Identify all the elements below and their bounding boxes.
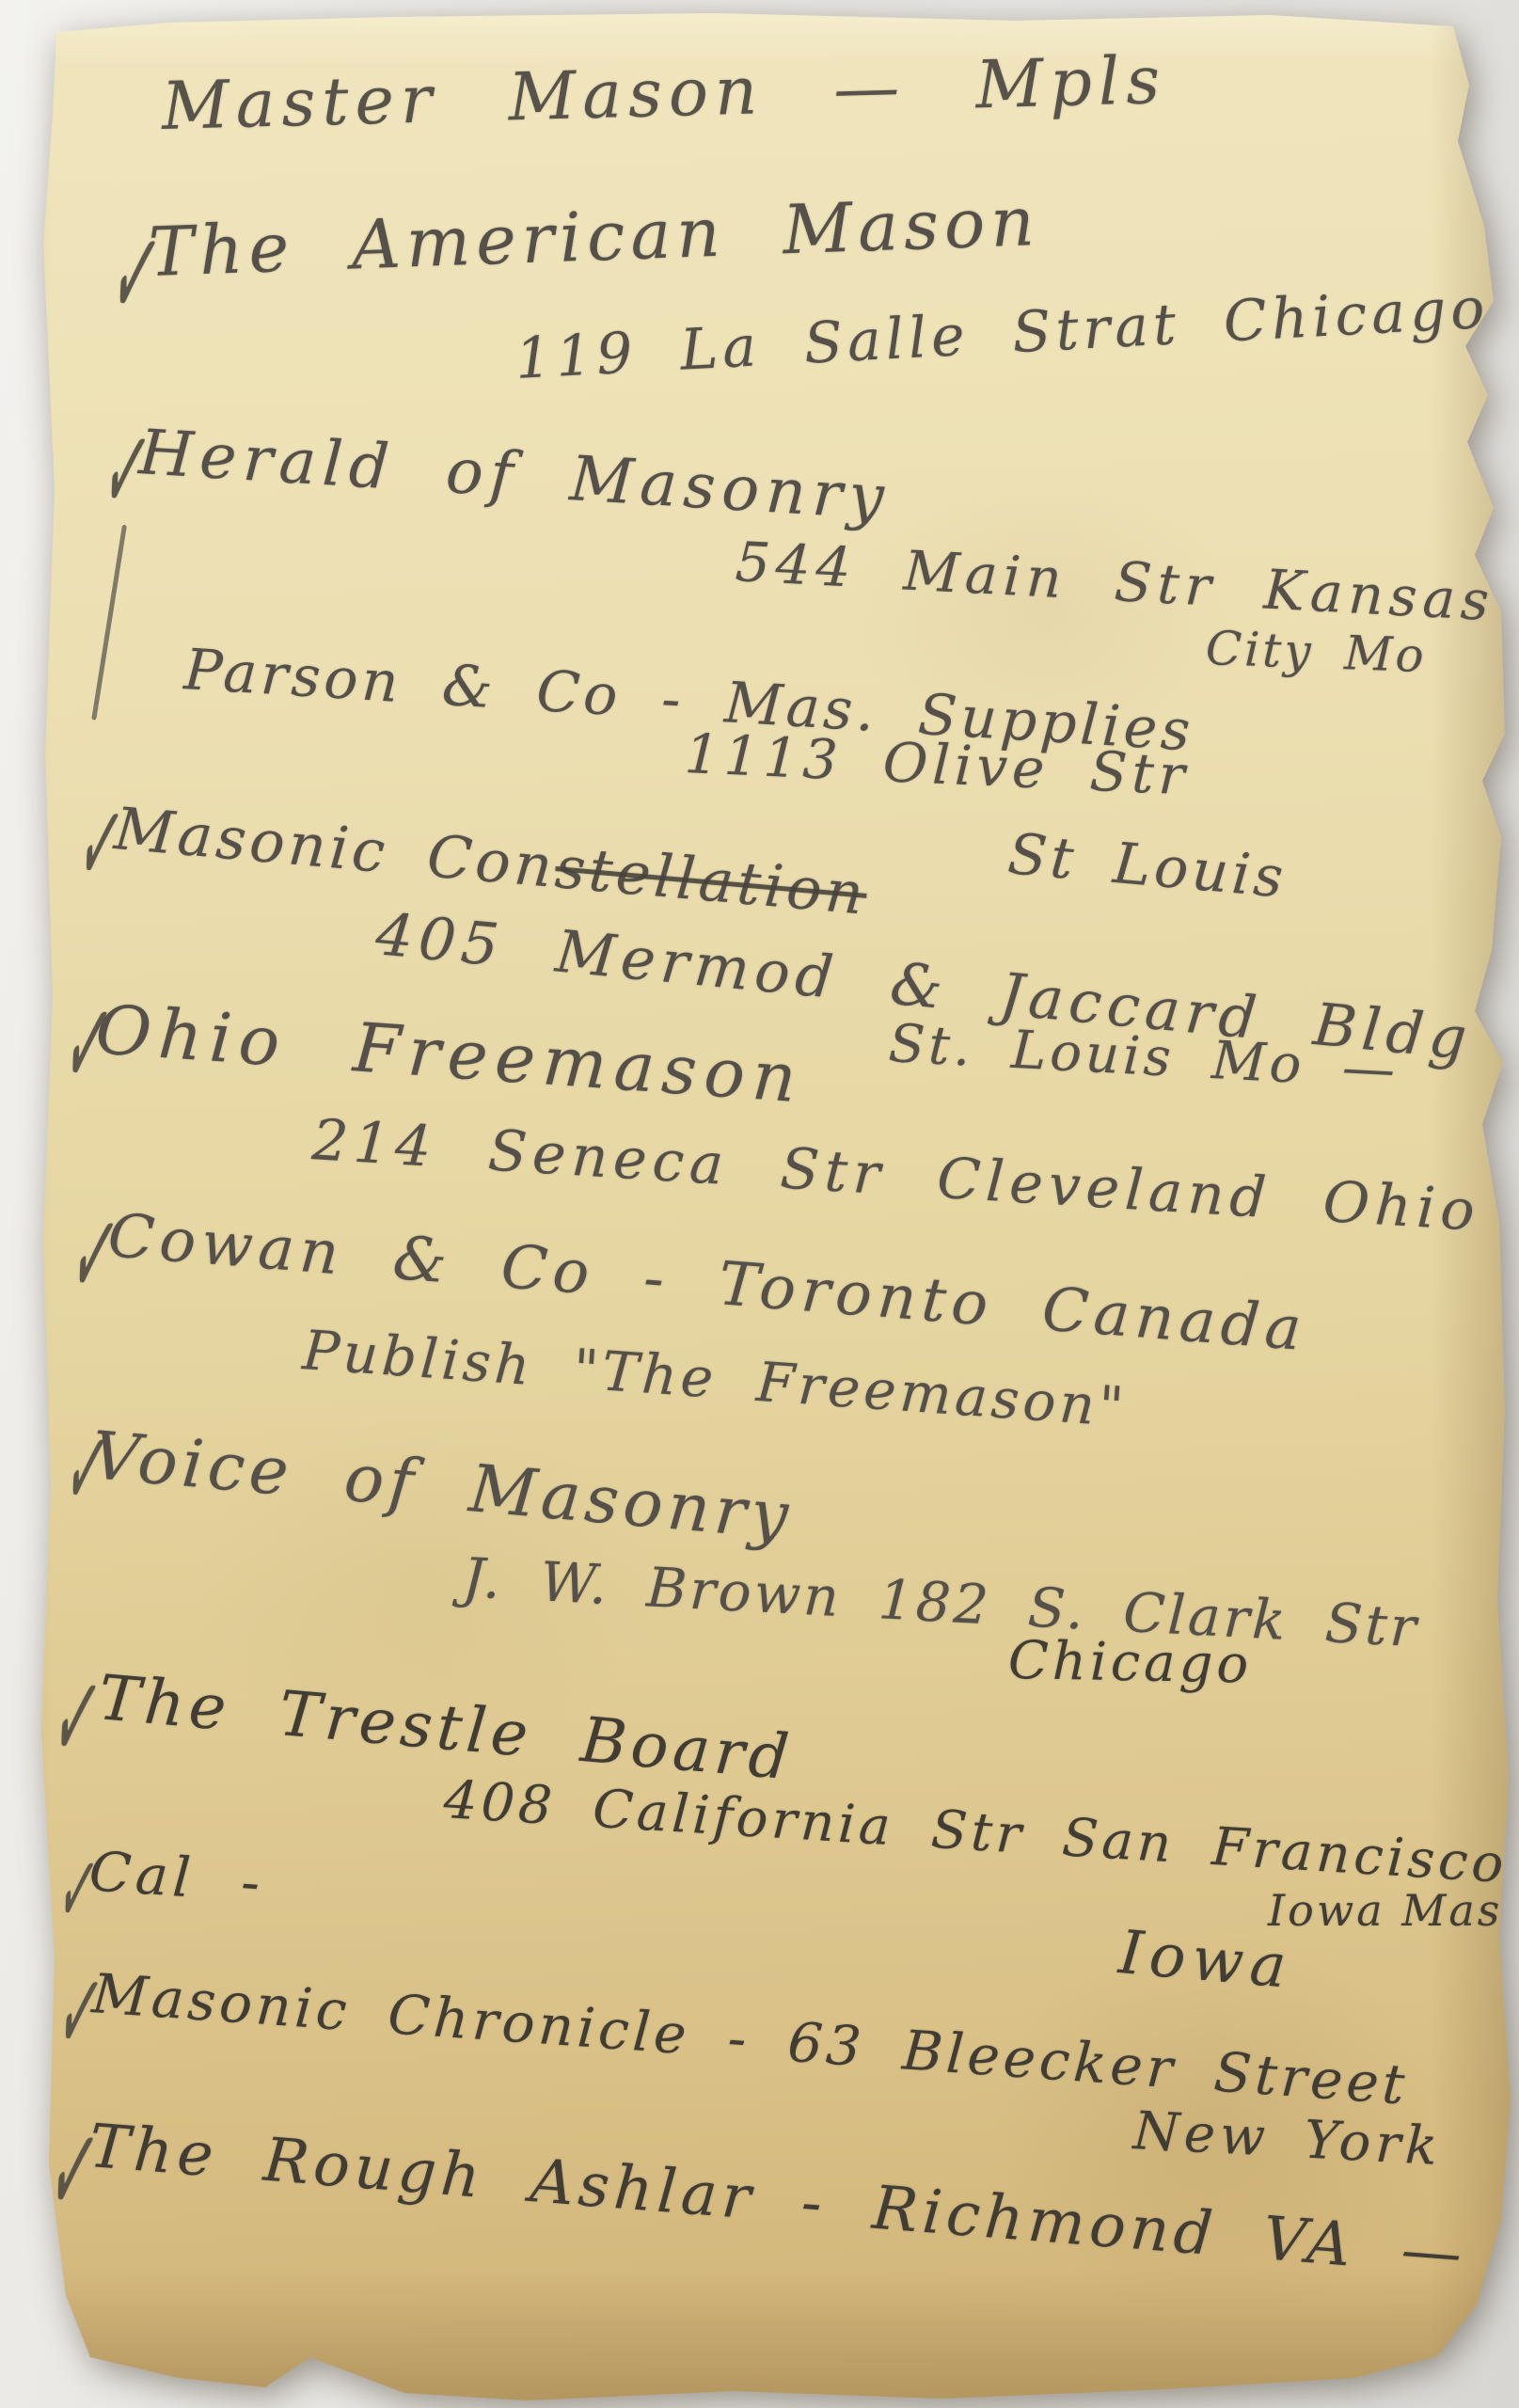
line-herald-address-city: City Mo [1205,625,1427,679]
line-masonic-constellation-struck: stellation [553,832,870,928]
line-ohio-address: 214 Seneca Str Cleveland Ohio [310,1112,1481,1240]
paper-shading-left [0,0,52,2408]
line-master-mason-title: Master Mason — Mpls [161,47,1167,139]
check-slash-parson [91,525,127,721]
line-herald-of-masonry: Herald of Masonry [137,421,892,530]
line-trestle-address: 408 California Str San Francisco [442,1774,1509,1892]
line-voice-address: J. W. Brown 182 S. Clark Str [461,1550,1420,1655]
line-iowa-masonry: Cal - [87,1844,266,1910]
scanned-page-photo: Master Mason — Mpls ✓ The American Mason… [0,0,1519,2408]
line-iowa-state: Iowa [1116,1923,1295,1998]
line-cowan-co: Cowan & Co - Toronto Canada [105,1206,1308,1360]
paper-sheet: Master Mason — Mpls ✓ The American Mason… [0,0,1519,2408]
line-cal: Iowa Masonry - Cedar Rapids [1268,1889,1519,1932]
paper-shading-bottom [0,2267,1519,2408]
line-chronicle-city: New York [1132,2105,1444,2174]
line-masonic-constellation-kept: Masonic Con [112,794,559,901]
line-herald-address: 544 Main Str Kansas [734,534,1495,628]
line-st-louis: St Louis [1005,826,1289,907]
line-american-mason-address: 119 La Salle Strat Chicago [514,280,1490,388]
line-ohio-freemason: Ohio Freemason [93,995,805,1112]
line-voice-address-city: Chicago [1008,1635,1253,1692]
line-voice-of-masonry: Voice of Masonry [89,1422,796,1549]
paper-sheet-wrapper: Master Mason — Mpls ✓ The American Mason… [0,0,1519,2408]
line-masonic-constellation: Masonic Constellation [112,800,869,924]
line-american-mason: The American Mason [148,187,1041,286]
